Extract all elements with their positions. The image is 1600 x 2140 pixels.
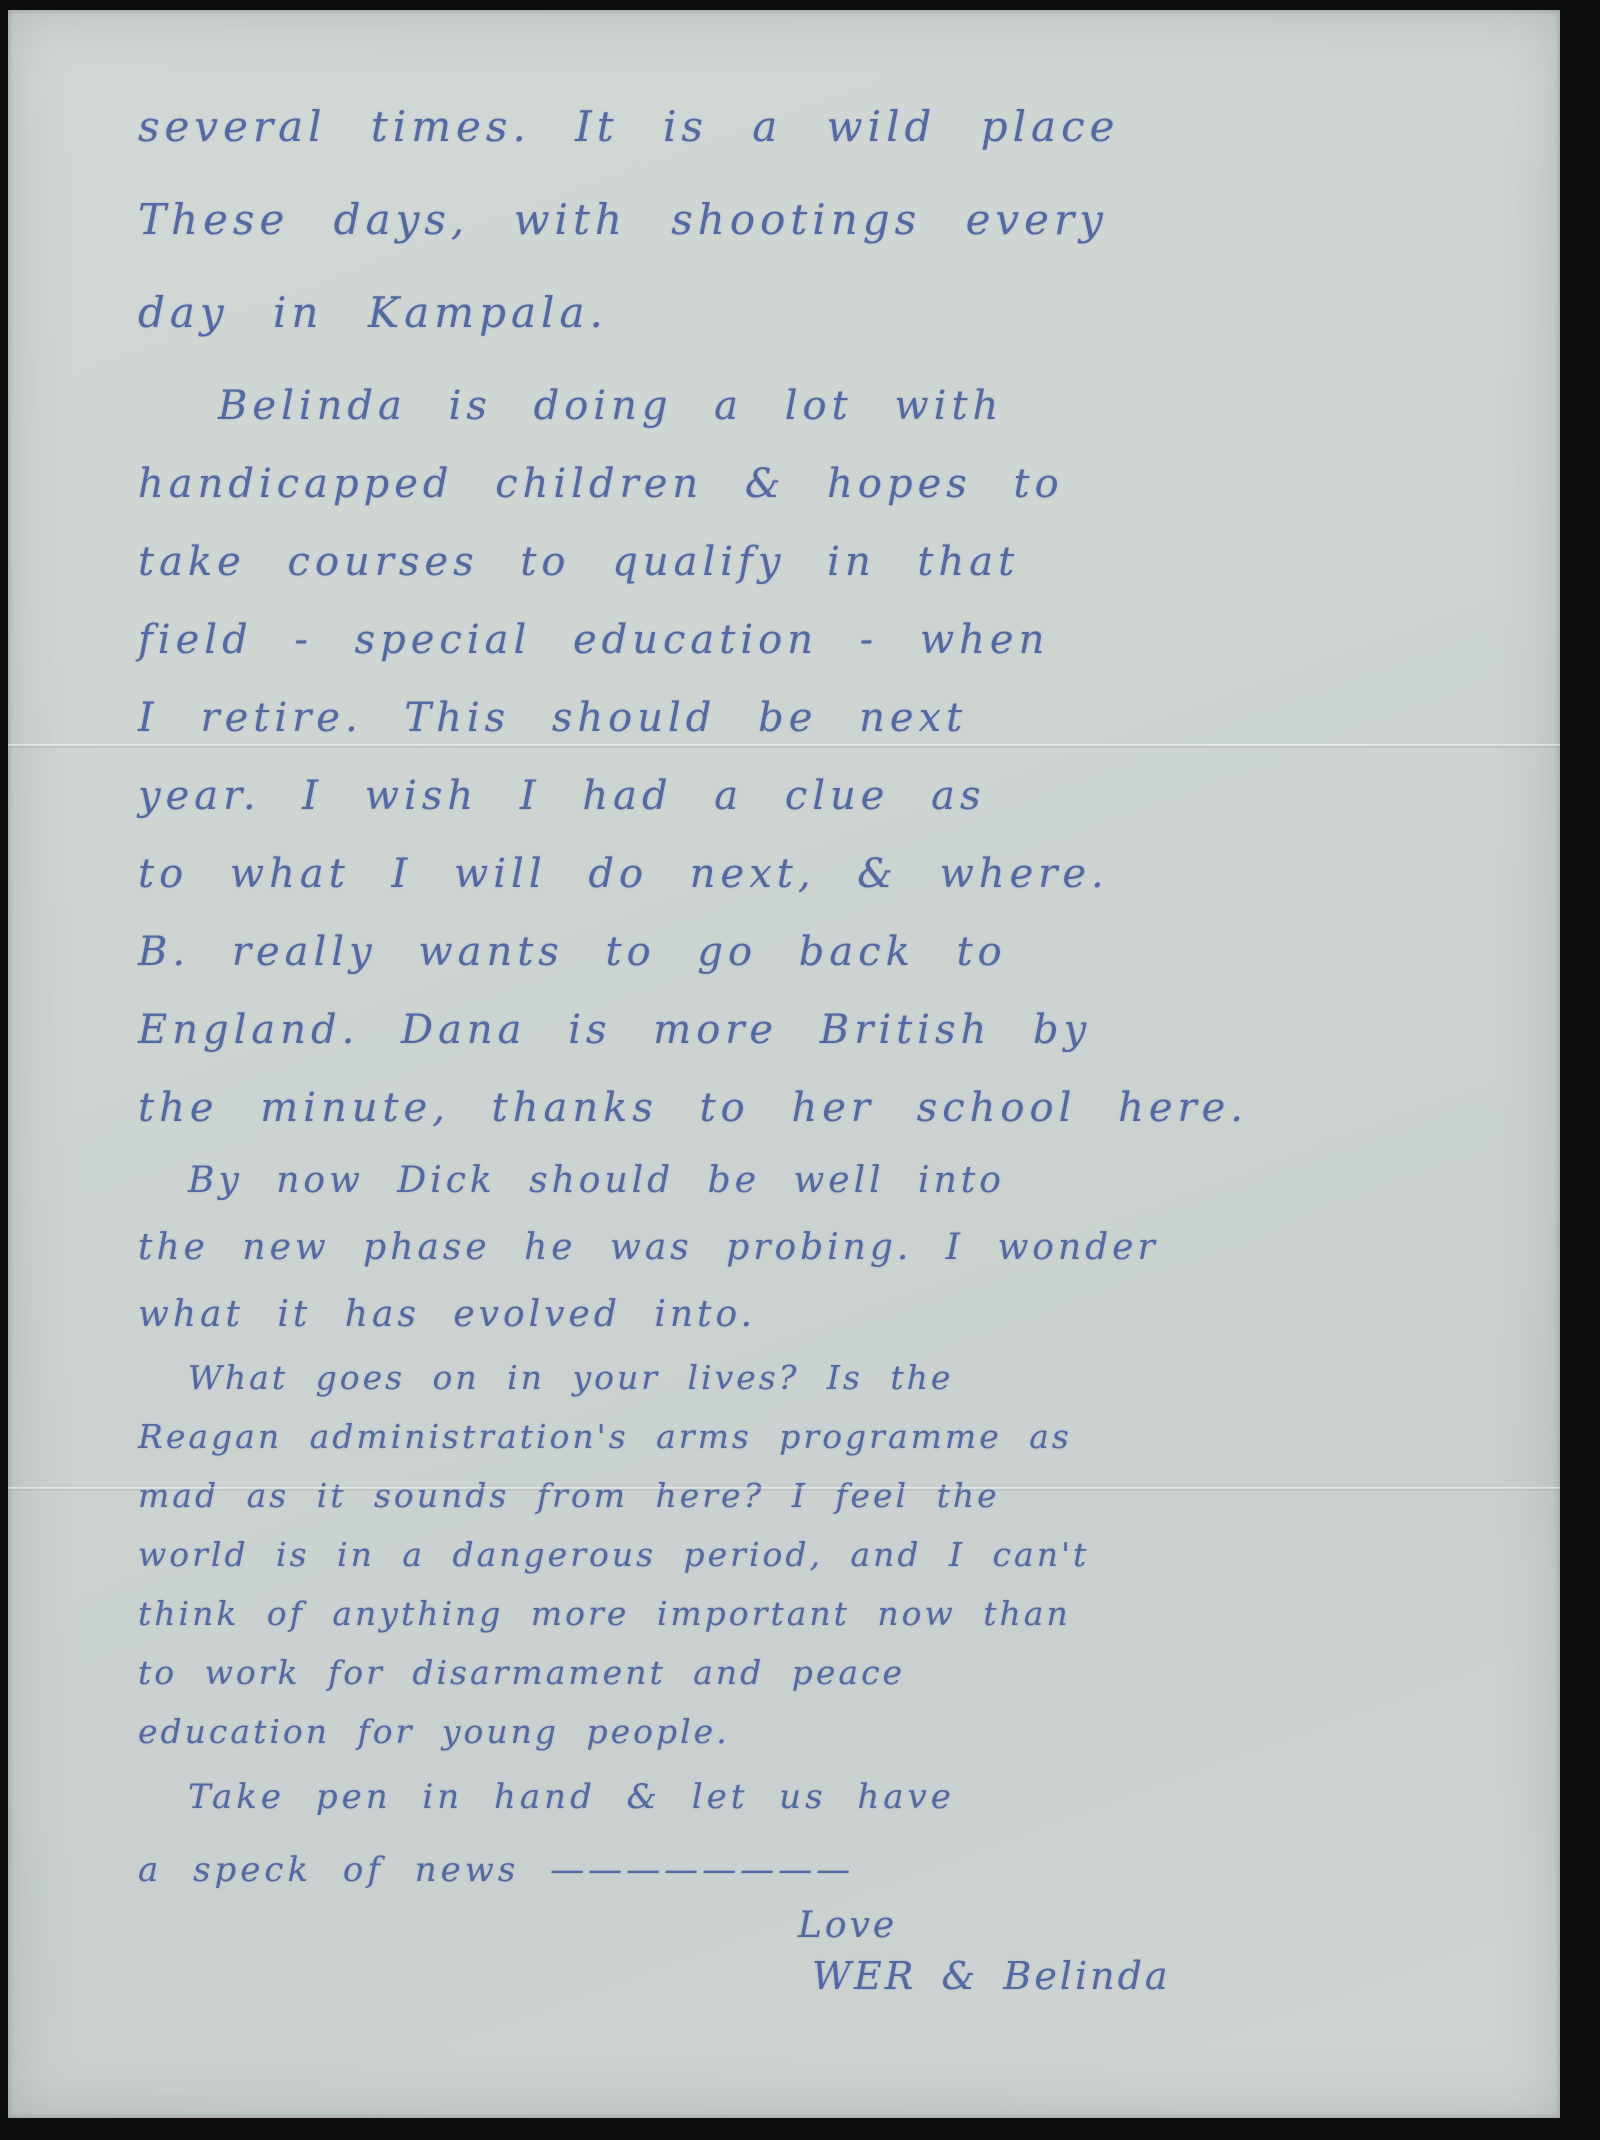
handwritten-line: to work for disarmament and peace <box>138 1643 1500 1702</box>
letter-body: several times. It is a wild placeThese d… <box>8 10 1560 2001</box>
handwritten-line: Reagan administration's arms programme a… <box>138 1407 1500 1466</box>
handwritten-line: a speck of news ———————— <box>138 1834 1500 1907</box>
paragraph: By now Dick should be well intothe new p… <box>138 1147 1500 1348</box>
handwritten-line: day in Kampala. <box>138 266 1500 359</box>
handwritten-line: what it has evolved into. <box>138 1281 1500 1348</box>
handwritten-line: education for young people. <box>138 1702 1500 1761</box>
handwritten-line: think of anything more important now tha… <box>138 1584 1500 1643</box>
handwritten-line: the minute, thanks to her school here. <box>138 1069 1500 1147</box>
handwritten-line: the new phase he was probing. I wonder <box>138 1214 1500 1281</box>
fold-crease <box>8 744 1560 748</box>
handwritten-line: Belinda is doing a lot with <box>218 367 1500 445</box>
paragraph: Take pen in hand & let us havea speck of… <box>138 1761 1500 1907</box>
handwritten-line: year. I wish I had a clue as <box>138 757 1500 835</box>
handwritten-line: field - special education - when <box>138 601 1500 679</box>
handwritten-line: to what I will do next, & where. <box>138 835 1500 913</box>
handwritten-line: handicapped children & hopes to <box>138 445 1500 523</box>
handwritten-line: These days, with shootings every <box>138 173 1500 266</box>
letter-page: several times. It is a wild placeThese d… <box>8 10 1560 2118</box>
paragraph: several times. It is a wild placeThese d… <box>138 80 1500 359</box>
handwritten-line: England. Dana is more British by <box>138 991 1500 1069</box>
handwritten-line: What goes on in your lives? Is the <box>188 1348 1500 1407</box>
valediction: Love <box>798 1901 1500 1951</box>
letter-closing: Love WER & Belinda <box>798 1901 1500 2001</box>
handwritten-line: world is in a dangerous period, and I ca… <box>138 1525 1500 1584</box>
handwritten-line: Take pen in hand & let us have <box>188 1761 1500 1834</box>
paragraph: Belinda is doing a lot withhandicapped c… <box>138 367 1500 1147</box>
handwritten-line: mad as it sounds from here? I feel the <box>138 1466 1500 1525</box>
handwritten-line: several times. It is a wild place <box>138 80 1500 173</box>
paragraph: What goes on in your lives? Is theReagan… <box>138 1348 1500 1761</box>
handwritten-line: By now Dick should be well into <box>188 1147 1500 1214</box>
signature: WER & Belinda <box>812 1951 1500 2001</box>
handwritten-line: B. really wants to go back to <box>138 913 1500 991</box>
fold-crease <box>8 1487 1560 1491</box>
handwritten-line: take courses to qualify in that <box>138 523 1500 601</box>
